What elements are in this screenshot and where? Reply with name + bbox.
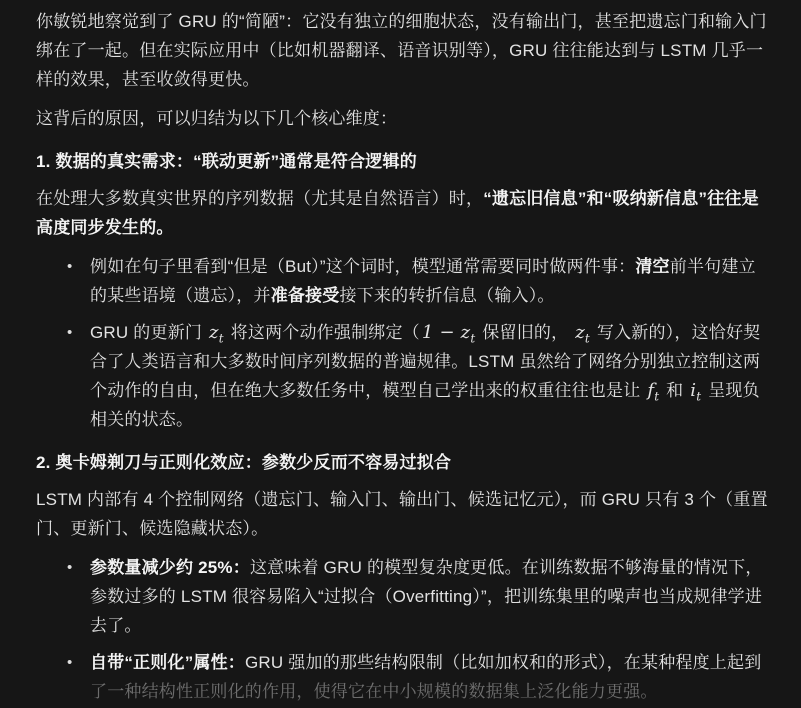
text-run: 在处理大多数真实世界的序列数据（尤其是自然语言）时，: [36, 189, 483, 208]
text-run: 保留旧的，: [477, 323, 573, 342]
bullet-list-item: 例如在句子里看到“但是（But）”这个词时，模型通常需要同时做两件事：清空前半句…: [36, 252, 771, 310]
text-run: 2. 奥卡姆剃刀与正则化效应：参数少反而不容易过拟合: [36, 453, 451, 472]
math-subscript: t: [654, 390, 659, 404]
math-subscript: t: [585, 332, 590, 346]
bullet-list-item: GRU 的更新门 zt 将这两个动作强制绑定（1 − zt 保留旧的， zt 写…: [36, 318, 771, 434]
text-run: 例如在句子里看到“但是（But）”这个词时，模型通常需要同时做两件事：: [90, 257, 635, 276]
bullet-list-item: 自带“正则化”属性：GRU 强加的那些结构限制（比如加权和的形式），在某种程度上…: [36, 648, 771, 706]
math-variable: 1 − zt: [420, 322, 478, 343]
math-subscript: t: [696, 390, 701, 404]
paragraph: 这背后的原因，可以归结为以下几个核心维度：: [36, 104, 771, 133]
text-run: 将这两个动作强制绑定（: [226, 323, 420, 342]
math-subscript: t: [470, 332, 475, 346]
text-run: 1. 数据的真实需求：“联动更新”通常是符合逻辑的: [36, 152, 417, 171]
text-run: GRU 的更新门: [90, 323, 207, 342]
section-heading: 2. 奥卡姆剃刀与正则化效应：参数少反而不容易过拟合: [36, 448, 771, 477]
section-heading: 1. 数据的真实需求：“联动更新”通常是符合逻辑的: [36, 147, 771, 176]
bullet-list-item: 参数量减少约 25%：这意味着 GRU 的模型复杂度更低。在训练数据不够海量的情…: [36, 553, 771, 640]
assistant-message-content: 你敏锐地察觉到了 GRU 的“简陋”：它没有独立的细胞状态，没有输出门，甚至把遗…: [0, 0, 801, 706]
bold-text-run: 自带“正则化”属性：: [90, 653, 245, 672]
bold-text-run: 参数量减少约 25%：: [90, 558, 250, 577]
paragraph: 你敏锐地察觉到了 GRU 的“简陋”：它没有独立的细胞状态，没有输出门，甚至把遗…: [36, 7, 771, 94]
math-subscript: t: [219, 332, 224, 346]
text-run: 和: [661, 381, 688, 400]
text-run: 接下来的转折信息（输入）。: [340, 286, 555, 305]
math-variable: it: [688, 380, 703, 401]
bullet-list: 例如在句子里看到“但是（But）”这个词时，模型通常需要同时做两件事：清空前半句…: [36, 252, 771, 434]
text-run: 你敏锐地察觉到了 GRU 的“简陋”：它没有独立的细胞状态，没有输出门，甚至把遗…: [36, 12, 767, 89]
bold-text-run: 准备接受: [271, 286, 340, 305]
paragraph: 在处理大多数真实世界的序列数据（尤其是自然语言）时，“遗忘旧信息”和“吸纳新信息…: [36, 184, 771, 242]
chat-window: 你敏锐地察觉到了 GRU 的“简陋”：它没有独立的细胞状态，没有输出门，甚至把遗…: [0, 0, 801, 708]
text-run: LSTM 内部有 4 个控制网络（遗忘门、输入门、输出门、候选记忆元），而 GR…: [36, 490, 768, 538]
math-variable: zt: [207, 322, 226, 343]
bold-text-run: 清空: [635, 257, 669, 276]
bullet-list: 参数量减少约 25%：这意味着 GRU 的模型复杂度更低。在训练数据不够海量的情…: [36, 553, 771, 706]
math-variable: zt: [573, 322, 592, 343]
paragraph: LSTM 内部有 4 个控制网络（遗忘门、输入门、输出门、候选记忆元），而 GR…: [36, 485, 771, 543]
text-run: 这背后的原因，可以归结为以下几个核心维度：: [36, 109, 397, 128]
math-variable: ft: [645, 380, 661, 401]
